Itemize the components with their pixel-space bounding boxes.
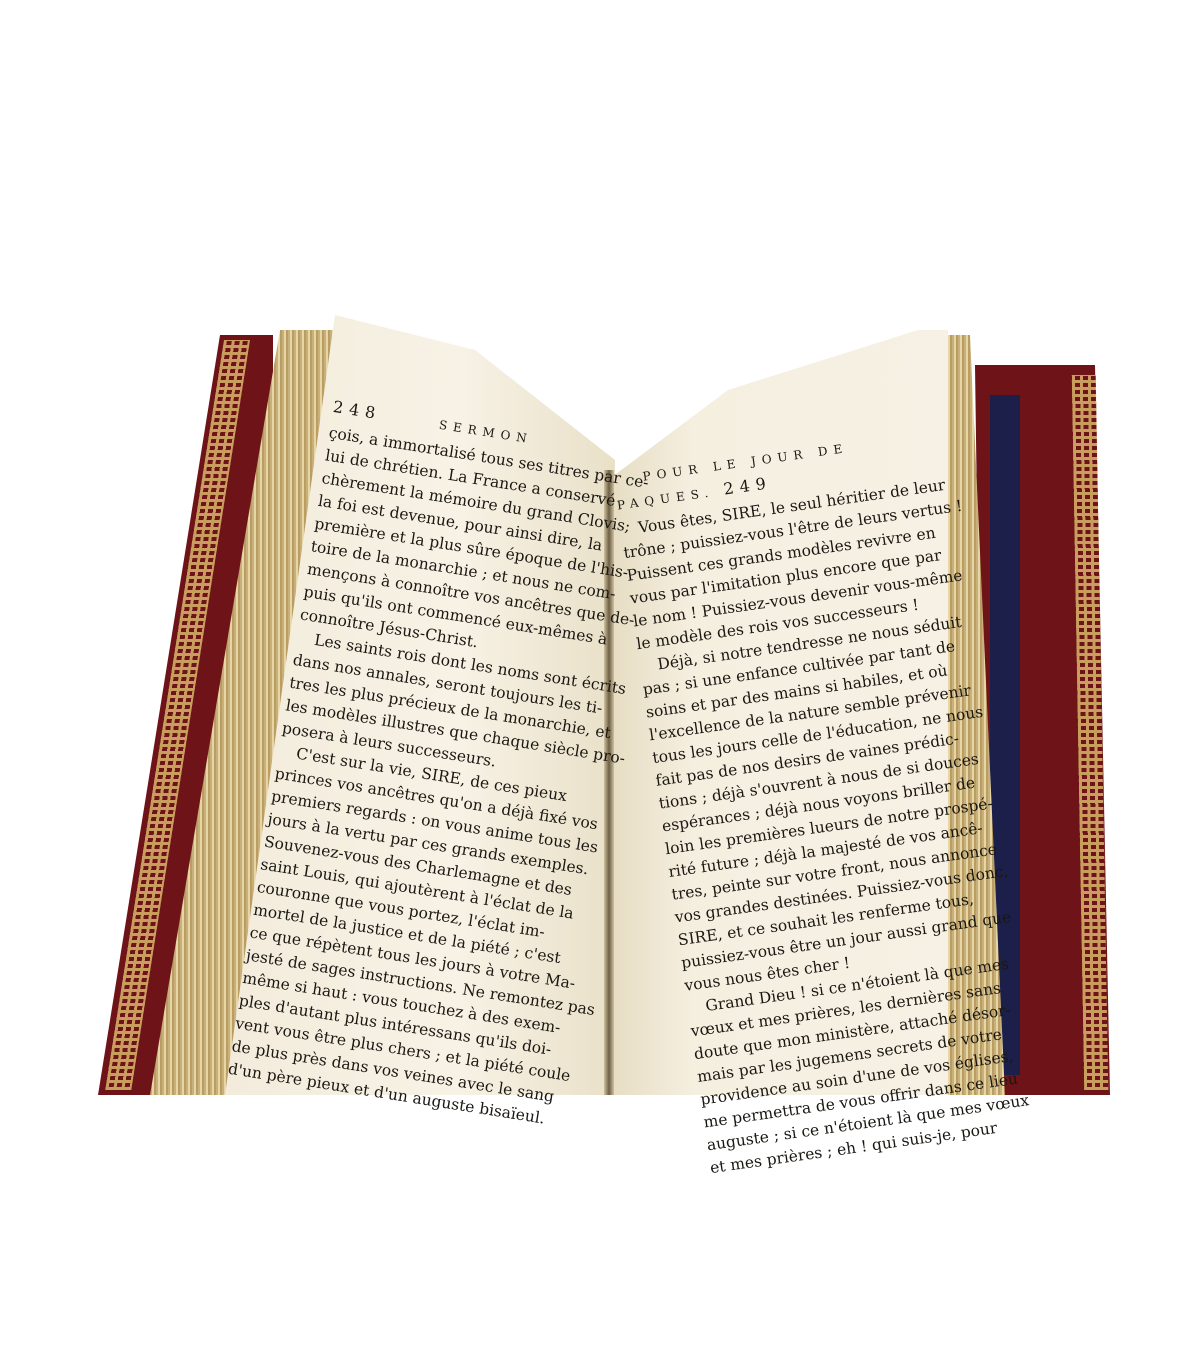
left-page-number: 248 [332, 397, 383, 423]
right-page-number: 249 [722, 473, 773, 499]
open-book-photo: 248 SERMON çois, a immortalisé tous ses … [0, 0, 1200, 1372]
